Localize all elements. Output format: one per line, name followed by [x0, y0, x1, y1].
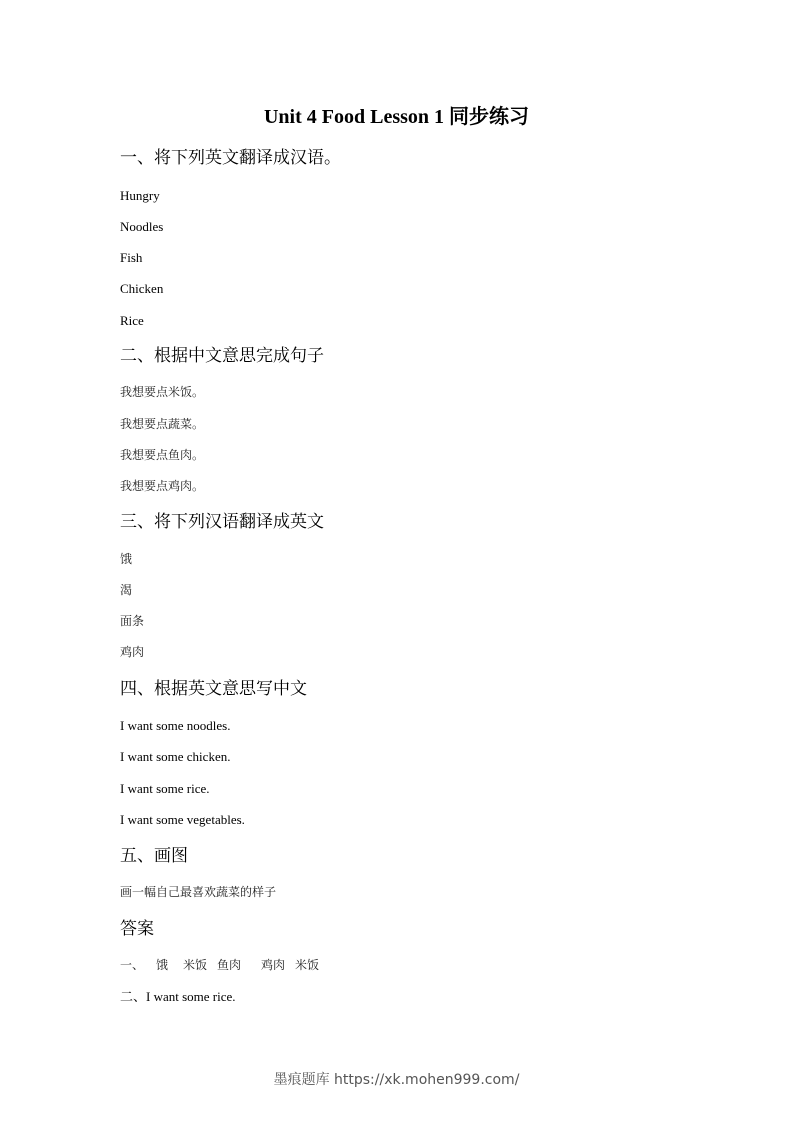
section-1-item: Chicken — [120, 280, 163, 298]
answer-line-1: 一、饿米饭鱼肉鸡肉米饭 — [120, 956, 319, 974]
answer-word: 米饭 — [183, 956, 211, 974]
section-4-item: I want some chicken. — [120, 748, 230, 766]
document-page: Unit 4 Food Lesson 1 同步练习 一、将下列英文翻译成汉语。 … — [0, 0, 793, 1122]
section-3-item: 鸡肉 — [120, 643, 144, 661]
section-3-item: 渴 — [120, 581, 132, 599]
section-1-heading: 一、将下列英文翻译成汉语。 — [120, 146, 341, 170]
answers-heading: 答案 — [120, 917, 154, 941]
section-1-item: Rice — [120, 312, 144, 330]
section-2-item: 我想要点鸡肉。 — [120, 477, 204, 495]
document-title: Unit 4 Food Lesson 1 同步练习 — [0, 103, 793, 131]
section-3-item: 面条 — [120, 612, 144, 630]
answer-line-2: 二、I want some rice. — [120, 988, 236, 1006]
footer-watermark: 墨痕题库 https://xk.mohen999.com/ — [0, 1070, 793, 1090]
section-1-item: Noodles — [120, 218, 163, 236]
section-4-item: I want some rice. — [120, 780, 210, 798]
answer-word: 鸡肉 — [261, 956, 291, 974]
section-1-item: Hungry — [120, 187, 160, 205]
section-5-item: 画一幅自己最喜欢蔬菜的样子 — [120, 883, 276, 901]
section-3-item: 饿 — [120, 550, 132, 568]
section-2-item: 我想要点米饭。 — [120, 383, 204, 401]
answer-word: 米饭 — [295, 956, 319, 974]
section-1-item: Fish — [120, 249, 142, 267]
answer-prefix: 一、 — [120, 956, 156, 974]
section-2-item: 我想要点蔬菜。 — [120, 415, 204, 433]
section-3-heading: 三、将下列汉语翻译成英文 — [120, 510, 324, 534]
section-2-item: 我想要点鱼肉。 — [120, 446, 204, 464]
section-4-item: I want some noodles. — [120, 717, 230, 735]
answer-word: 饿 — [156, 956, 183, 974]
section-2-heading: 二、根据中文意思完成句子 — [120, 344, 324, 368]
section-5-heading: 五、画图 — [120, 844, 188, 868]
answer-word: 鱼肉 — [217, 956, 257, 974]
section-4-heading: 四、根据英文意思写中文 — [120, 677, 307, 701]
section-4-item: I want some vegetables. — [120, 811, 245, 829]
